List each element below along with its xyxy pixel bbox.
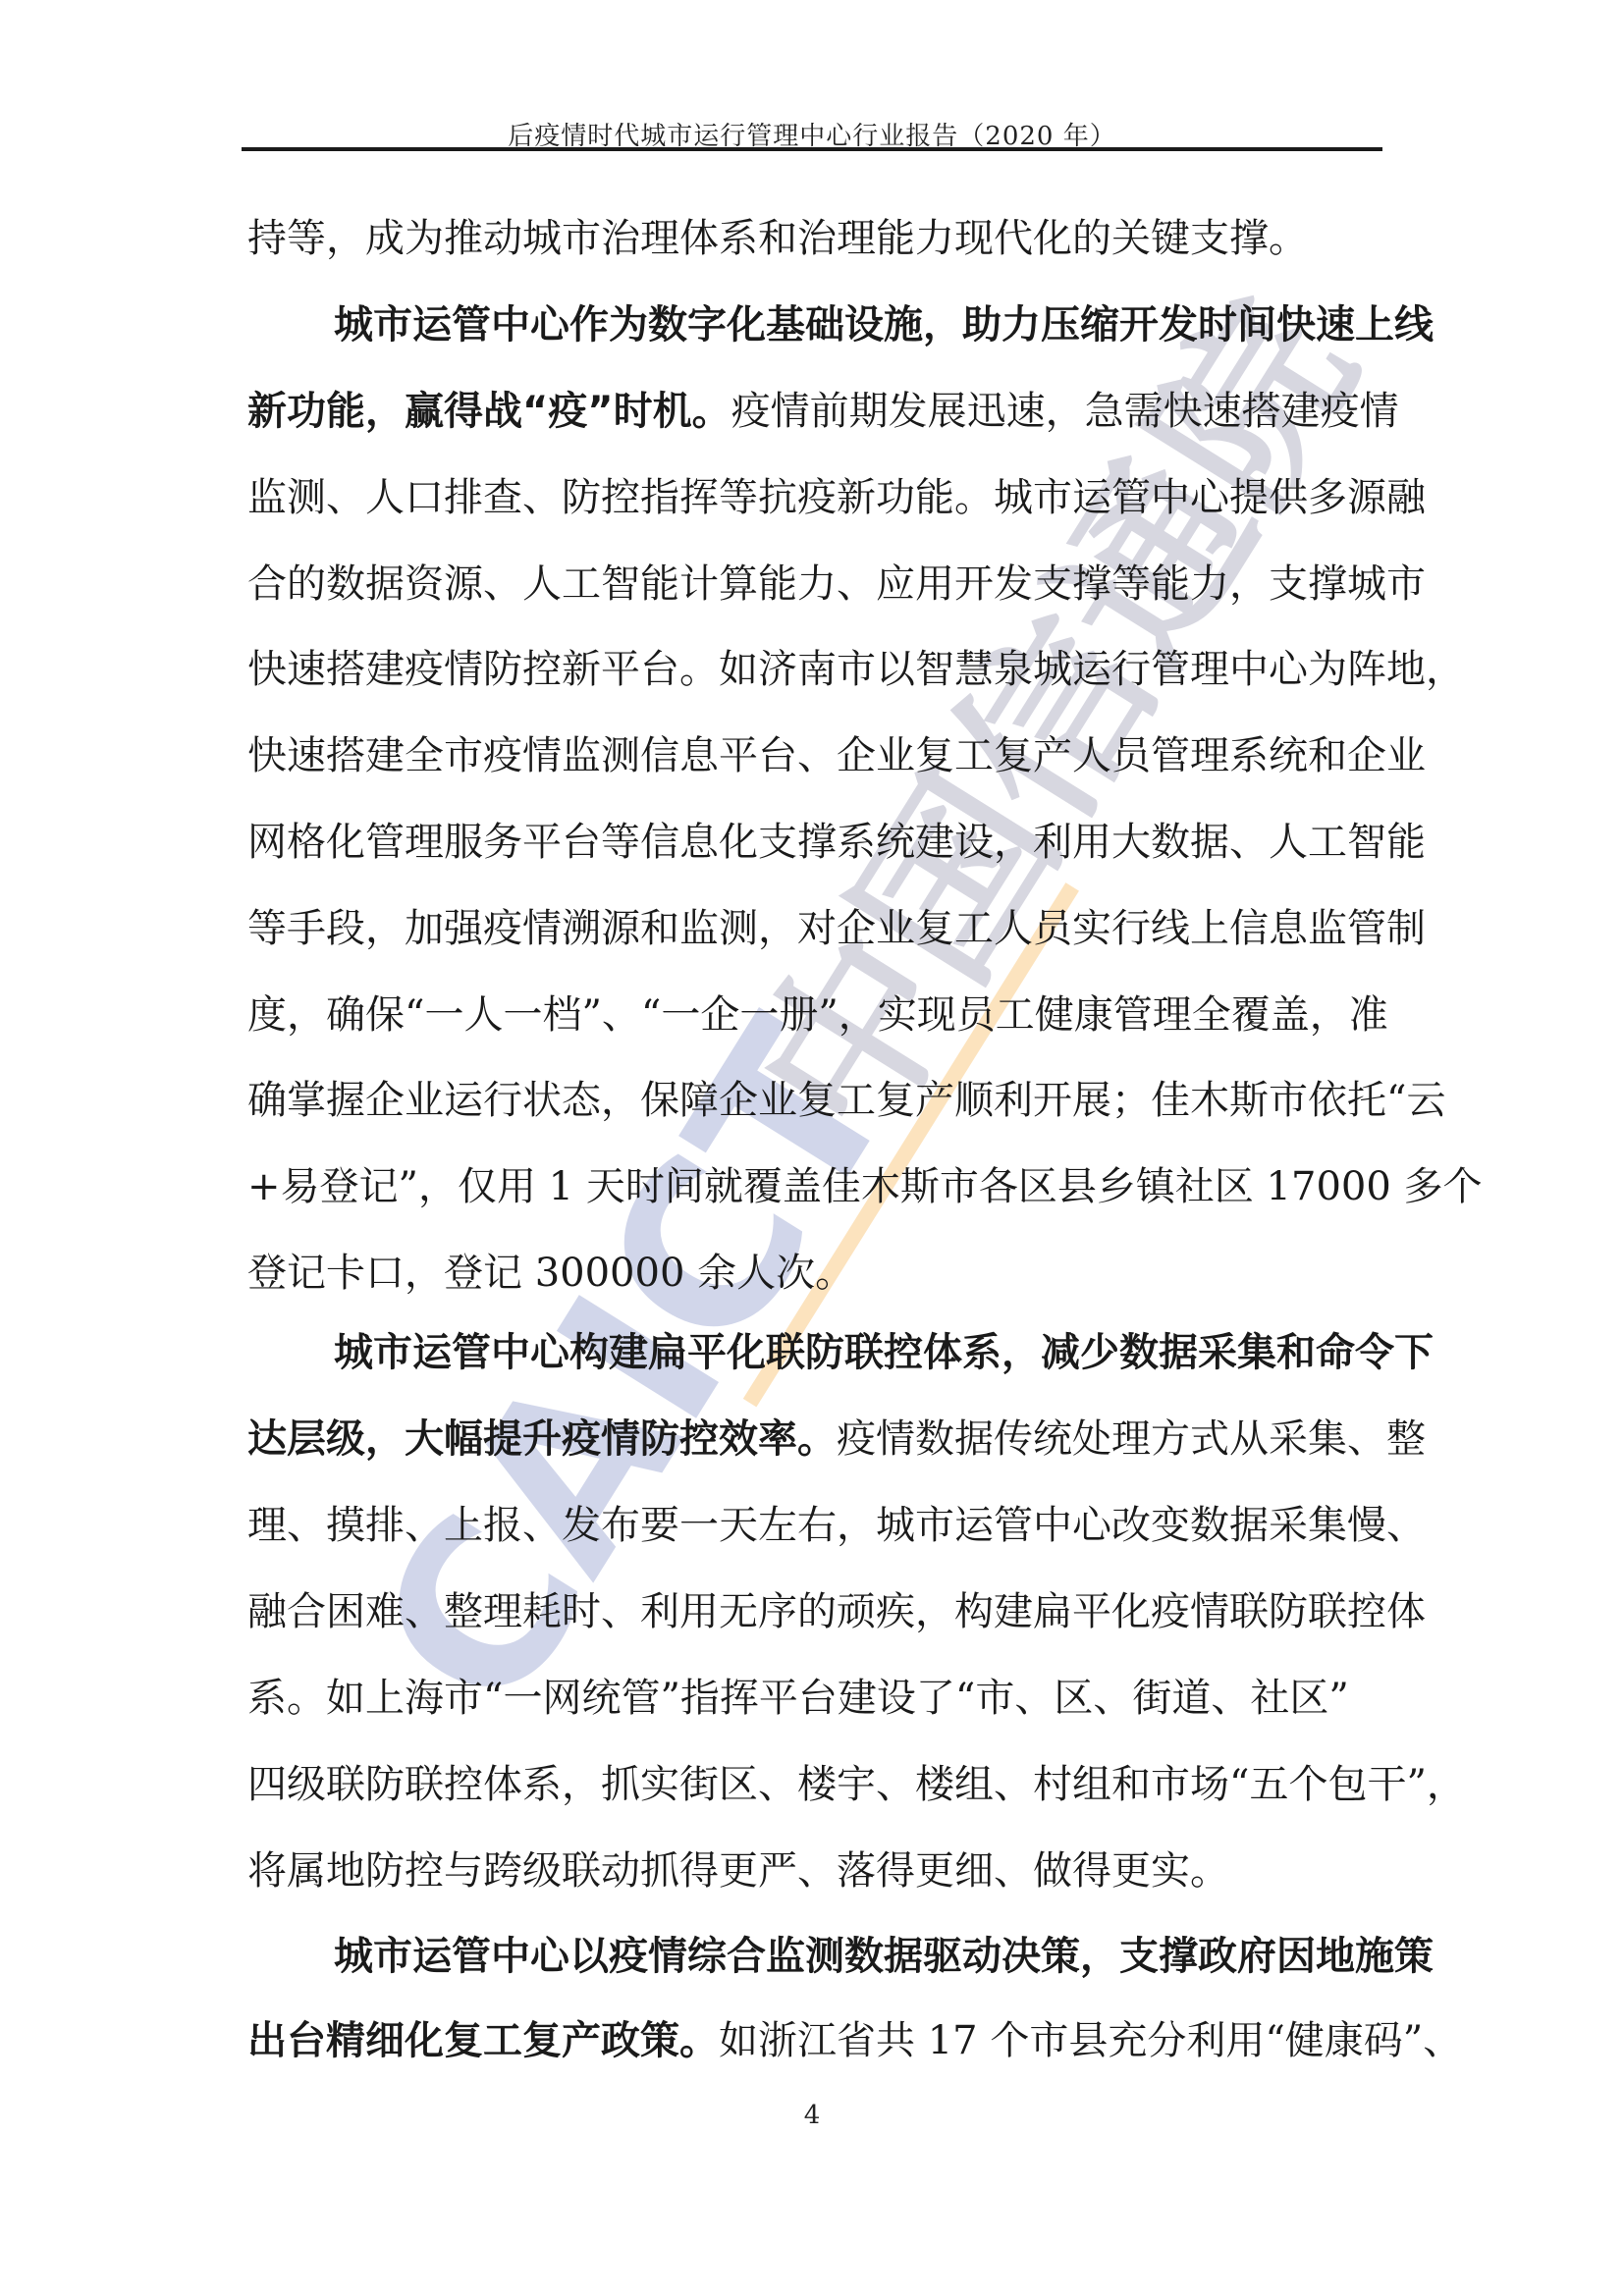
body-line: 快速搭建全市疫情监测信息平台、企业复工复产人员管理系统和企业 [247, 732, 1384, 779]
line-text: 监测、人口排查、防控指挥等抗疫新功能。城市运管中心提供多源融 [247, 475, 1426, 520]
line-text: 融合困难、整理耗时、利用无序的顽疾，构建扁平化疫情联防联控体 [247, 1589, 1426, 1634]
body-line: 确掌握企业运行状态，保障企业复工复产顺利开展；佳木斯市依托“云 [247, 1077, 1384, 1124]
line-text: 疫情前期发展迅速，急需快速搭建疫情 [731, 389, 1399, 434]
bold-lead-text: 城市运管中心构建扁平化联防联控体系，减少数据采集和命令下 [334, 1330, 1434, 1375]
line-text: 疫情数据传统处理方式从采集、整 [837, 1416, 1426, 1462]
body-line: +易登记”，仅用 1 天时间就覆盖佳木斯市各区县乡镇社区 17000 多个 [247, 1163, 1384, 1210]
line-text: 合的数据资源、人工智能计算能力、应用开发支撑等能力，支撑城市 [247, 561, 1426, 607]
line-text: 四级联防联控体系，抓实街区、楼宇、楼组、村组和市场“五个包干”， [247, 1762, 1466, 1807]
body-line: 新功能，赢得战“疫”时机。疫情前期发展迅速，急需快速搭建疫情 [247, 388, 1384, 435]
line-text: 理、摸排、上报、发布要一天左右，城市运管中心改变数据采集慢、 [247, 1503, 1426, 1548]
bold-lead-text: 城市运管中心以疫情综合监测数据驱动决策，支撑政府因地施策 [334, 1934, 1434, 1979]
body-line: 理、摸排、上报、发布要一天左右，城市运管中心改变数据采集慢、 [247, 1502, 1384, 1549]
line-text: 系。如上海市“一网统管”指挥平台建设了“市、区、街道、社区” [247, 1676, 1349, 1721]
body-line: 等手段，加强疫情溯源和监测，对企业复工人员实行线上信息监管制 [247, 905, 1384, 952]
bold-lead-text: 城市运管中心作为数字化基础设施，助力压缩开发时间快速上线 [334, 302, 1434, 347]
body-line: 达层级，大幅提升疫情防控效率。疫情数据传统处理方式从采集、整 [247, 1415, 1384, 1463]
line-text: 确掌握企业运行状态，保障企业复工复产顺利开展；佳木斯市依托“云 [247, 1078, 1445, 1123]
body-line: 系。如上海市“一网统管”指挥平台建设了“市、区、街道、社区” [247, 1675, 1384, 1722]
header-rule [242, 147, 1382, 151]
body-line: 网格化管理服务平台等信息化支撑系统建设，利用大数据、人工智能 [247, 819, 1384, 866]
bold-lead-text: 新功能，赢得战“疫”时机。 [247, 389, 731, 434]
body-line: 四级联防联控体系，抓实街区、楼宇、楼组、村组和市场“五个包干”， [247, 1761, 1384, 1808]
paragraph-lead-line: 城市运管中心构建扁平化联防联控体系，减少数据采集和命令下 [334, 1329, 1384, 1376]
line-text: 持等，成为推动城市治理体系和治理能力现代化的关键支撑。 [247, 216, 1308, 261]
line-text: +易登记”，仅用 1 天时间就覆盖佳木斯市各区县乡镇社区 17000 多个 [247, 1164, 1483, 1209]
paragraph-lead-line: 城市运管中心以疫情综合监测数据驱动决策，支撑政府因地施策 [334, 1933, 1384, 1980]
body-line: 将属地防控与跨级联动抓得更严、落得更细、做得更实。 [247, 1847, 1384, 1895]
line-text: 快速搭建全市疫情监测信息平台、企业复工复产人员管理系统和企业 [247, 733, 1426, 778]
body-line: 快速搭建疫情防控新平台。如济南市以智慧泉城运行管理中心为阵地， [247, 646, 1384, 693]
body-line: 持等，成为推动城市治理体系和治理能力现代化的关键支撑。 [247, 215, 1384, 262]
body-line: 登记卡口，登记 300000 余人次。 [247, 1250, 1384, 1297]
page-number: 4 [0, 2101, 1624, 2130]
body-line: 监测、人口排查、防控指挥等抗疫新功能。城市运管中心提供多源融 [247, 474, 1384, 521]
line-text: 网格化管理服务平台等信息化支撑系统建设，利用大数据、人工智能 [247, 820, 1426, 865]
paragraph-lead-line: 城市运管中心作为数字化基础设施，助力压缩开发时间快速上线 [334, 301, 1384, 348]
line-text: 登记卡口，登记 300000 余人次。 [247, 1251, 854, 1296]
line-text: 如浙江省共 17 个市县充分利用“健康码”、 [719, 2018, 1462, 2063]
body-line: 合的数据资源、人工智能计算能力、应用开发支撑等能力，支撑城市 [247, 561, 1384, 608]
body-line: 出台精细化复工复产政策。如浙江省共 17 个市县充分利用“健康码”、 [247, 2017, 1384, 2064]
line-text: 度，确保“一人一档”、“一企一册”，实现员工健康管理全覆盖，准 [247, 992, 1388, 1038]
line-text: 快速搭建疫情防控新平台。如济南市以智慧泉城运行管理中心为阵地， [247, 647, 1465, 692]
line-text: 将属地防控与跨级联动抓得更严、落得更细、做得更实。 [247, 1848, 1229, 1894]
bold-lead-text: 出台精细化复工复产政策。 [247, 2018, 719, 2063]
body-line: 融合困难、整理耗时、利用无序的顽疾，构建扁平化疫情联防联控体 [247, 1588, 1384, 1635]
bold-lead-text: 达层级，大幅提升疫情防控效率。 [247, 1416, 837, 1462]
body-line: 度，确保“一人一档”、“一企一册”，实现员工健康管理全覆盖，准 [247, 991, 1384, 1039]
line-text: 等手段，加强疫情溯源和监测，对企业复工人员实行线上信息监管制 [247, 906, 1426, 951]
